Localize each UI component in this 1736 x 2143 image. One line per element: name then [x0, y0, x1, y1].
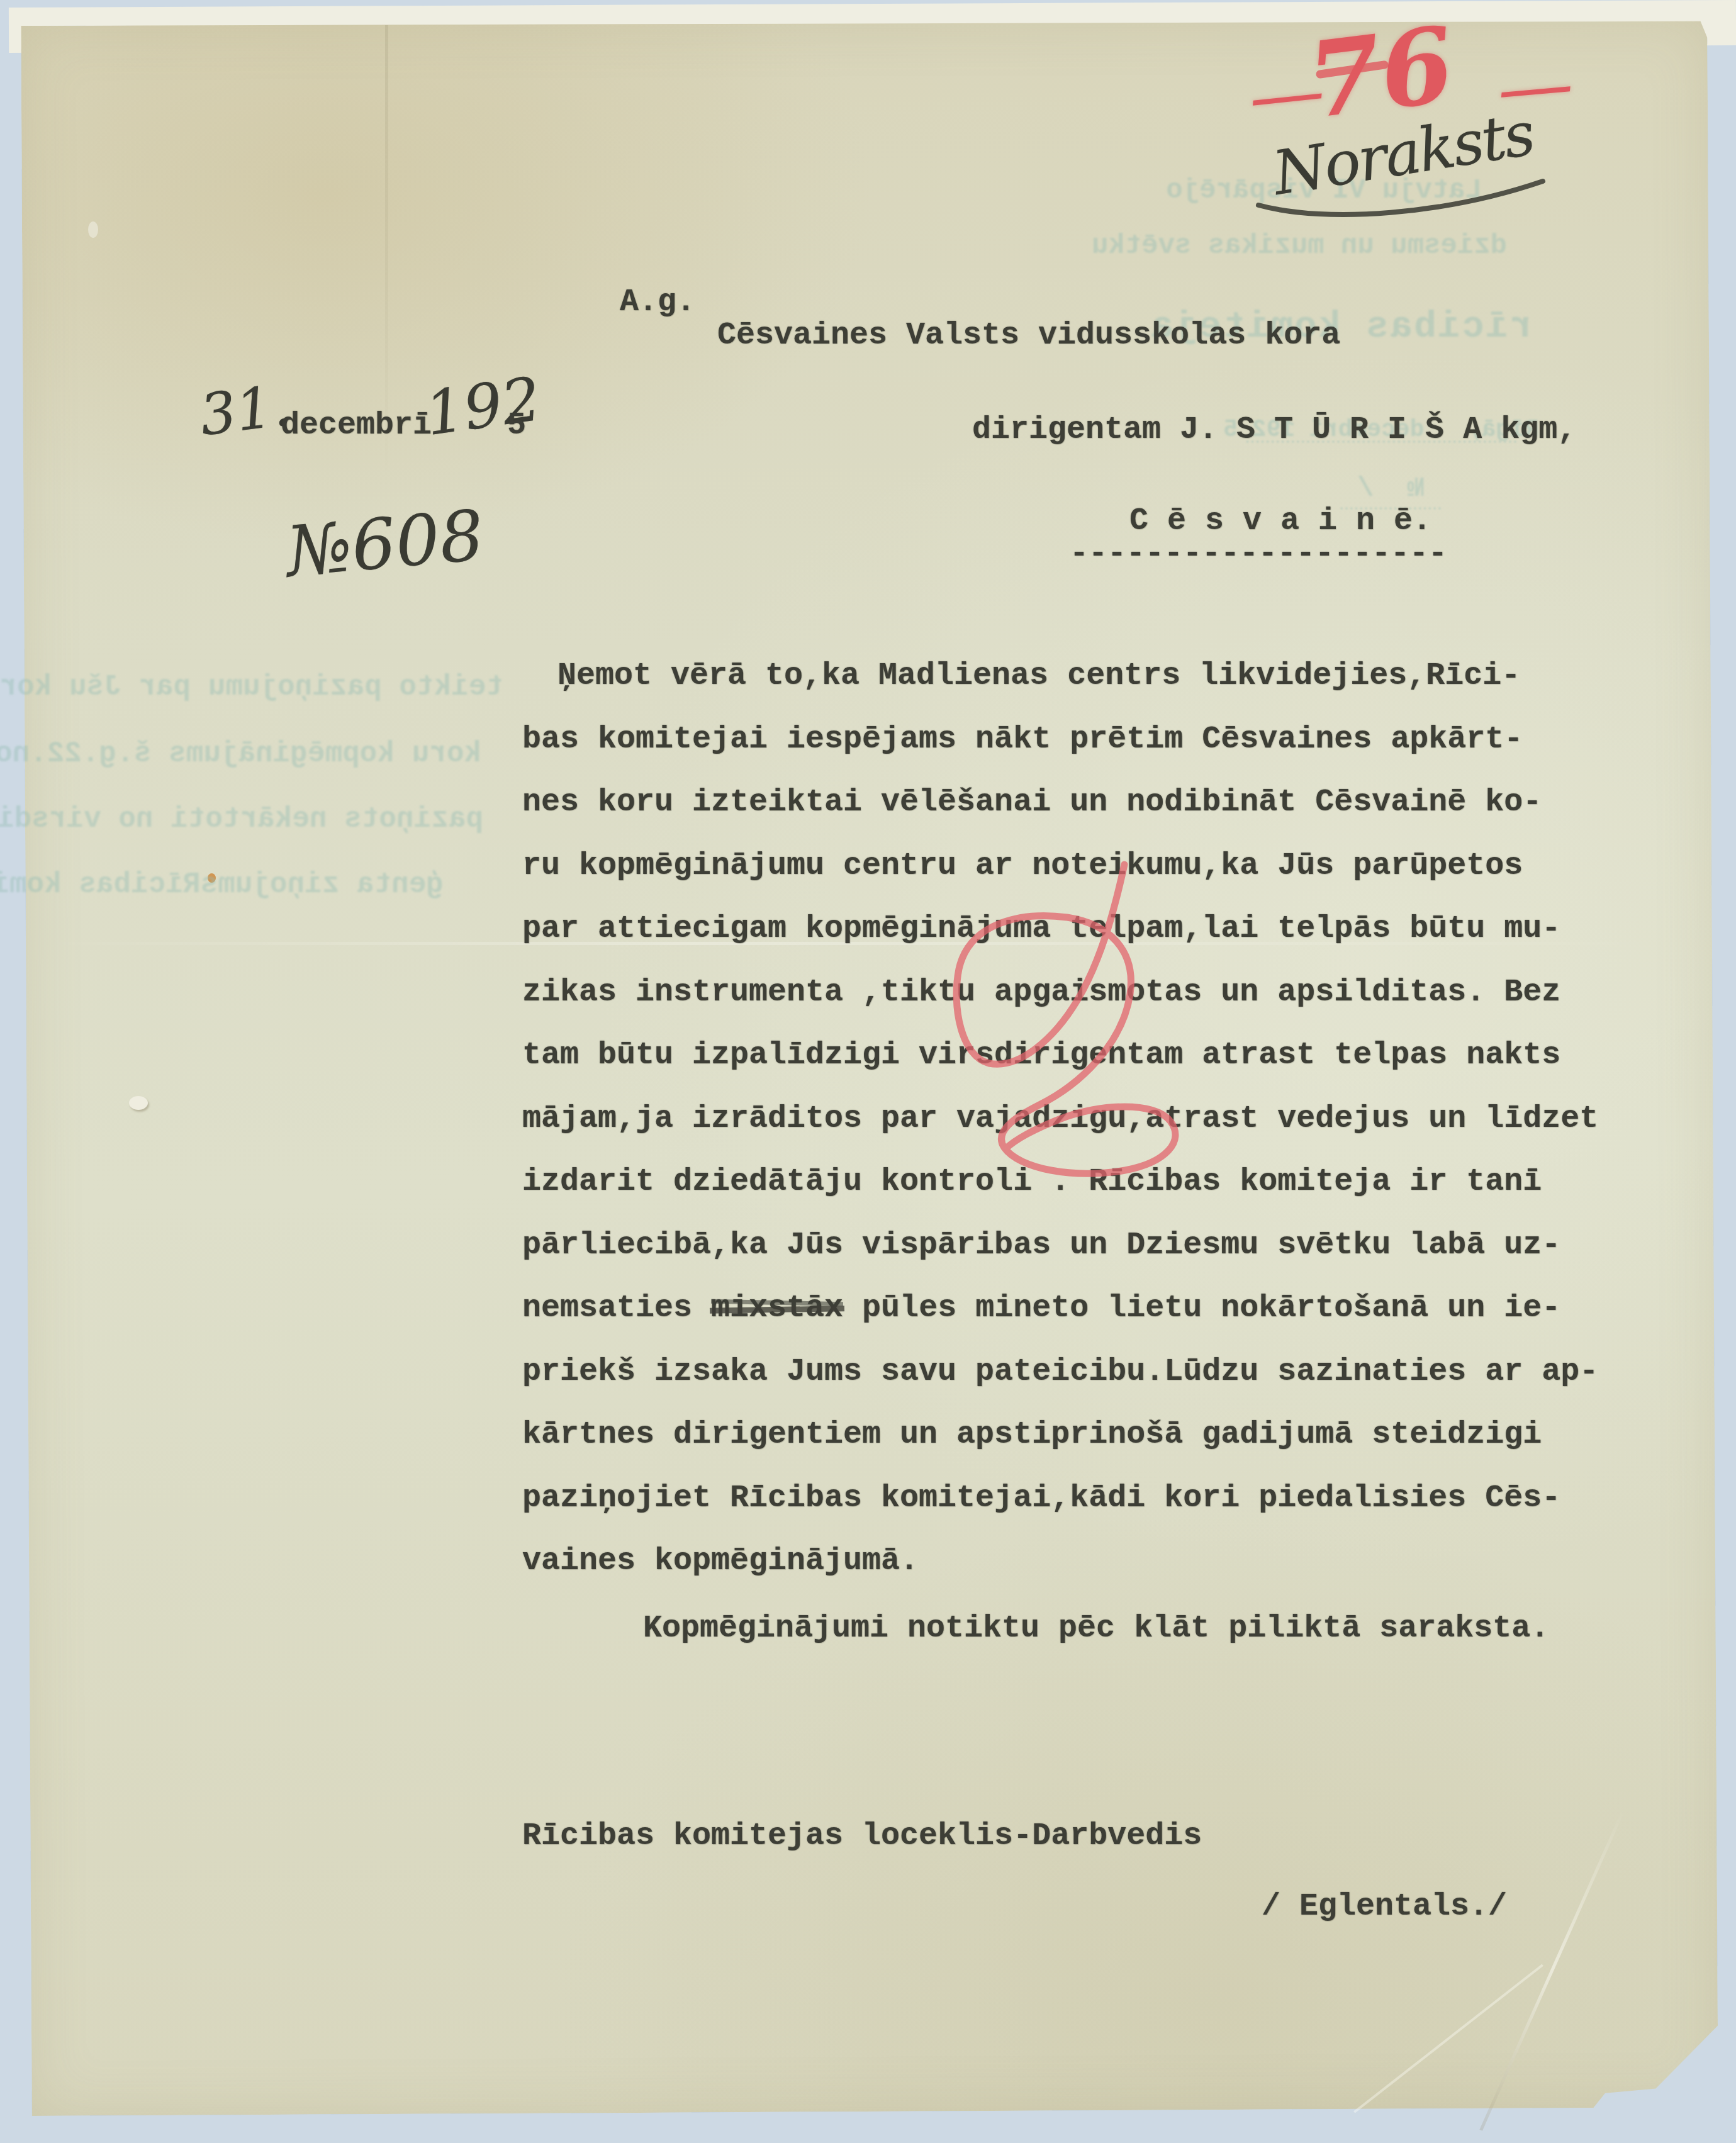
- signer-role: Rīcibas komitejas loceklis-Darbvedis: [522, 1818, 1202, 1855]
- paper-chip-small: [88, 221, 98, 238]
- body-line: ru kopmēginājumu centru ar noteikumu,ka …: [522, 848, 1523, 885]
- date-year-typed: 5: [507, 408, 526, 444]
- city-underline-rule: --------------------: [1070, 536, 1447, 573]
- body-line-pre: nemsaties: [522, 1290, 711, 1326]
- recipient-organization: Cēsvaines Valsts vidusskolas kora: [717, 318, 1340, 354]
- bleedthrough-body-line: koru kopmēginājums š.g.22.no-: [179, 737, 481, 770]
- closing-sentence: Kopmēginājumi notiktu pēc klāt piliktā s…: [643, 1611, 1549, 1647]
- recipient-city: C ē s v a i n ē.: [1129, 503, 1431, 540]
- body-line: bas komitejai iespējams nākt prētim Cēsv…: [522, 722, 1523, 758]
- recipient-person: dirigentam J. S T Ū R I Š A kgm,: [972, 412, 1576, 449]
- red-dash-left: —: [1245, 47, 1329, 142]
- body-line: Ņemot vērā to,ka Madlienas centrs likvid…: [557, 658, 1520, 695]
- bleedthrough-body-line: paziņots nekārtoti no virsdiri-: [81, 803, 483, 836]
- bleedthrough-letterhead-line: № /: [1334, 473, 1447, 505]
- body-line: par attiecigam kopmēginājuma telpam,lai …: [522, 911, 1560, 948]
- body-line: vaines kopmēginājumā.: [522, 1543, 919, 1580]
- bleedthrough-body-line: ģenta ziņojumsRīcibas komite: [16, 868, 444, 901]
- bleedthrough-body-line: teikto paziņojumu par Jšu kora pie-: [201, 671, 503, 703]
- date-day-handwritten: 31.: [196, 372, 294, 449]
- document-number: №608: [283, 495, 487, 593]
- body-line: tam būtu izpalīdzigi virsdirigentam atra…: [522, 1038, 1560, 1074]
- bleedthrough-letterhead-line: dziesmu un muzikas svētku: [1129, 230, 1507, 262]
- body-line: pārliecibā,ka Jūs vispāribas un Dziesmu …: [522, 1228, 1560, 1264]
- struck-out-word: mixstāx: [711, 1290, 843, 1326]
- body-line: nes koru izteiktai vēlēšanai un nodibinā…: [522, 785, 1542, 821]
- body-line-with-strikeout: nemsaties mixstāx pūles mineto lietu nok…: [522, 1290, 1560, 1327]
- body-line: kārtnes dirigentiem un apstiprinošā gadi…: [522, 1417, 1542, 1453]
- body-line: mājam,ja izrāditos par vajadzigu,atrast …: [522, 1101, 1598, 1138]
- body-line: izdarit dziedātāju kontroli . Rīcibas ko…: [522, 1164, 1542, 1200]
- body-line: paziņojiet Rīcibas komitejai,kādi kori p…: [522, 1480, 1560, 1517]
- date-month-typed: decembrī: [281, 408, 432, 444]
- signer-name: / Eglentals./: [1262, 1889, 1507, 1925]
- body-line: priekš izsaka Jums savu pateicibu.Lūdzu …: [522, 1354, 1598, 1390]
- salutation: A.g.: [620, 284, 695, 321]
- body-line: zikas instrumenta ,tiktu apgaismotas un …: [522, 975, 1560, 1011]
- paper-chip: [129, 1096, 148, 1110]
- body-line-post: pūles mineto lietu nokārtošanā un ie-: [843, 1290, 1560, 1326]
- scanned-letter: Latvju VI vispārējo dziesmu un muzikas s…: [0, 0, 1736, 2143]
